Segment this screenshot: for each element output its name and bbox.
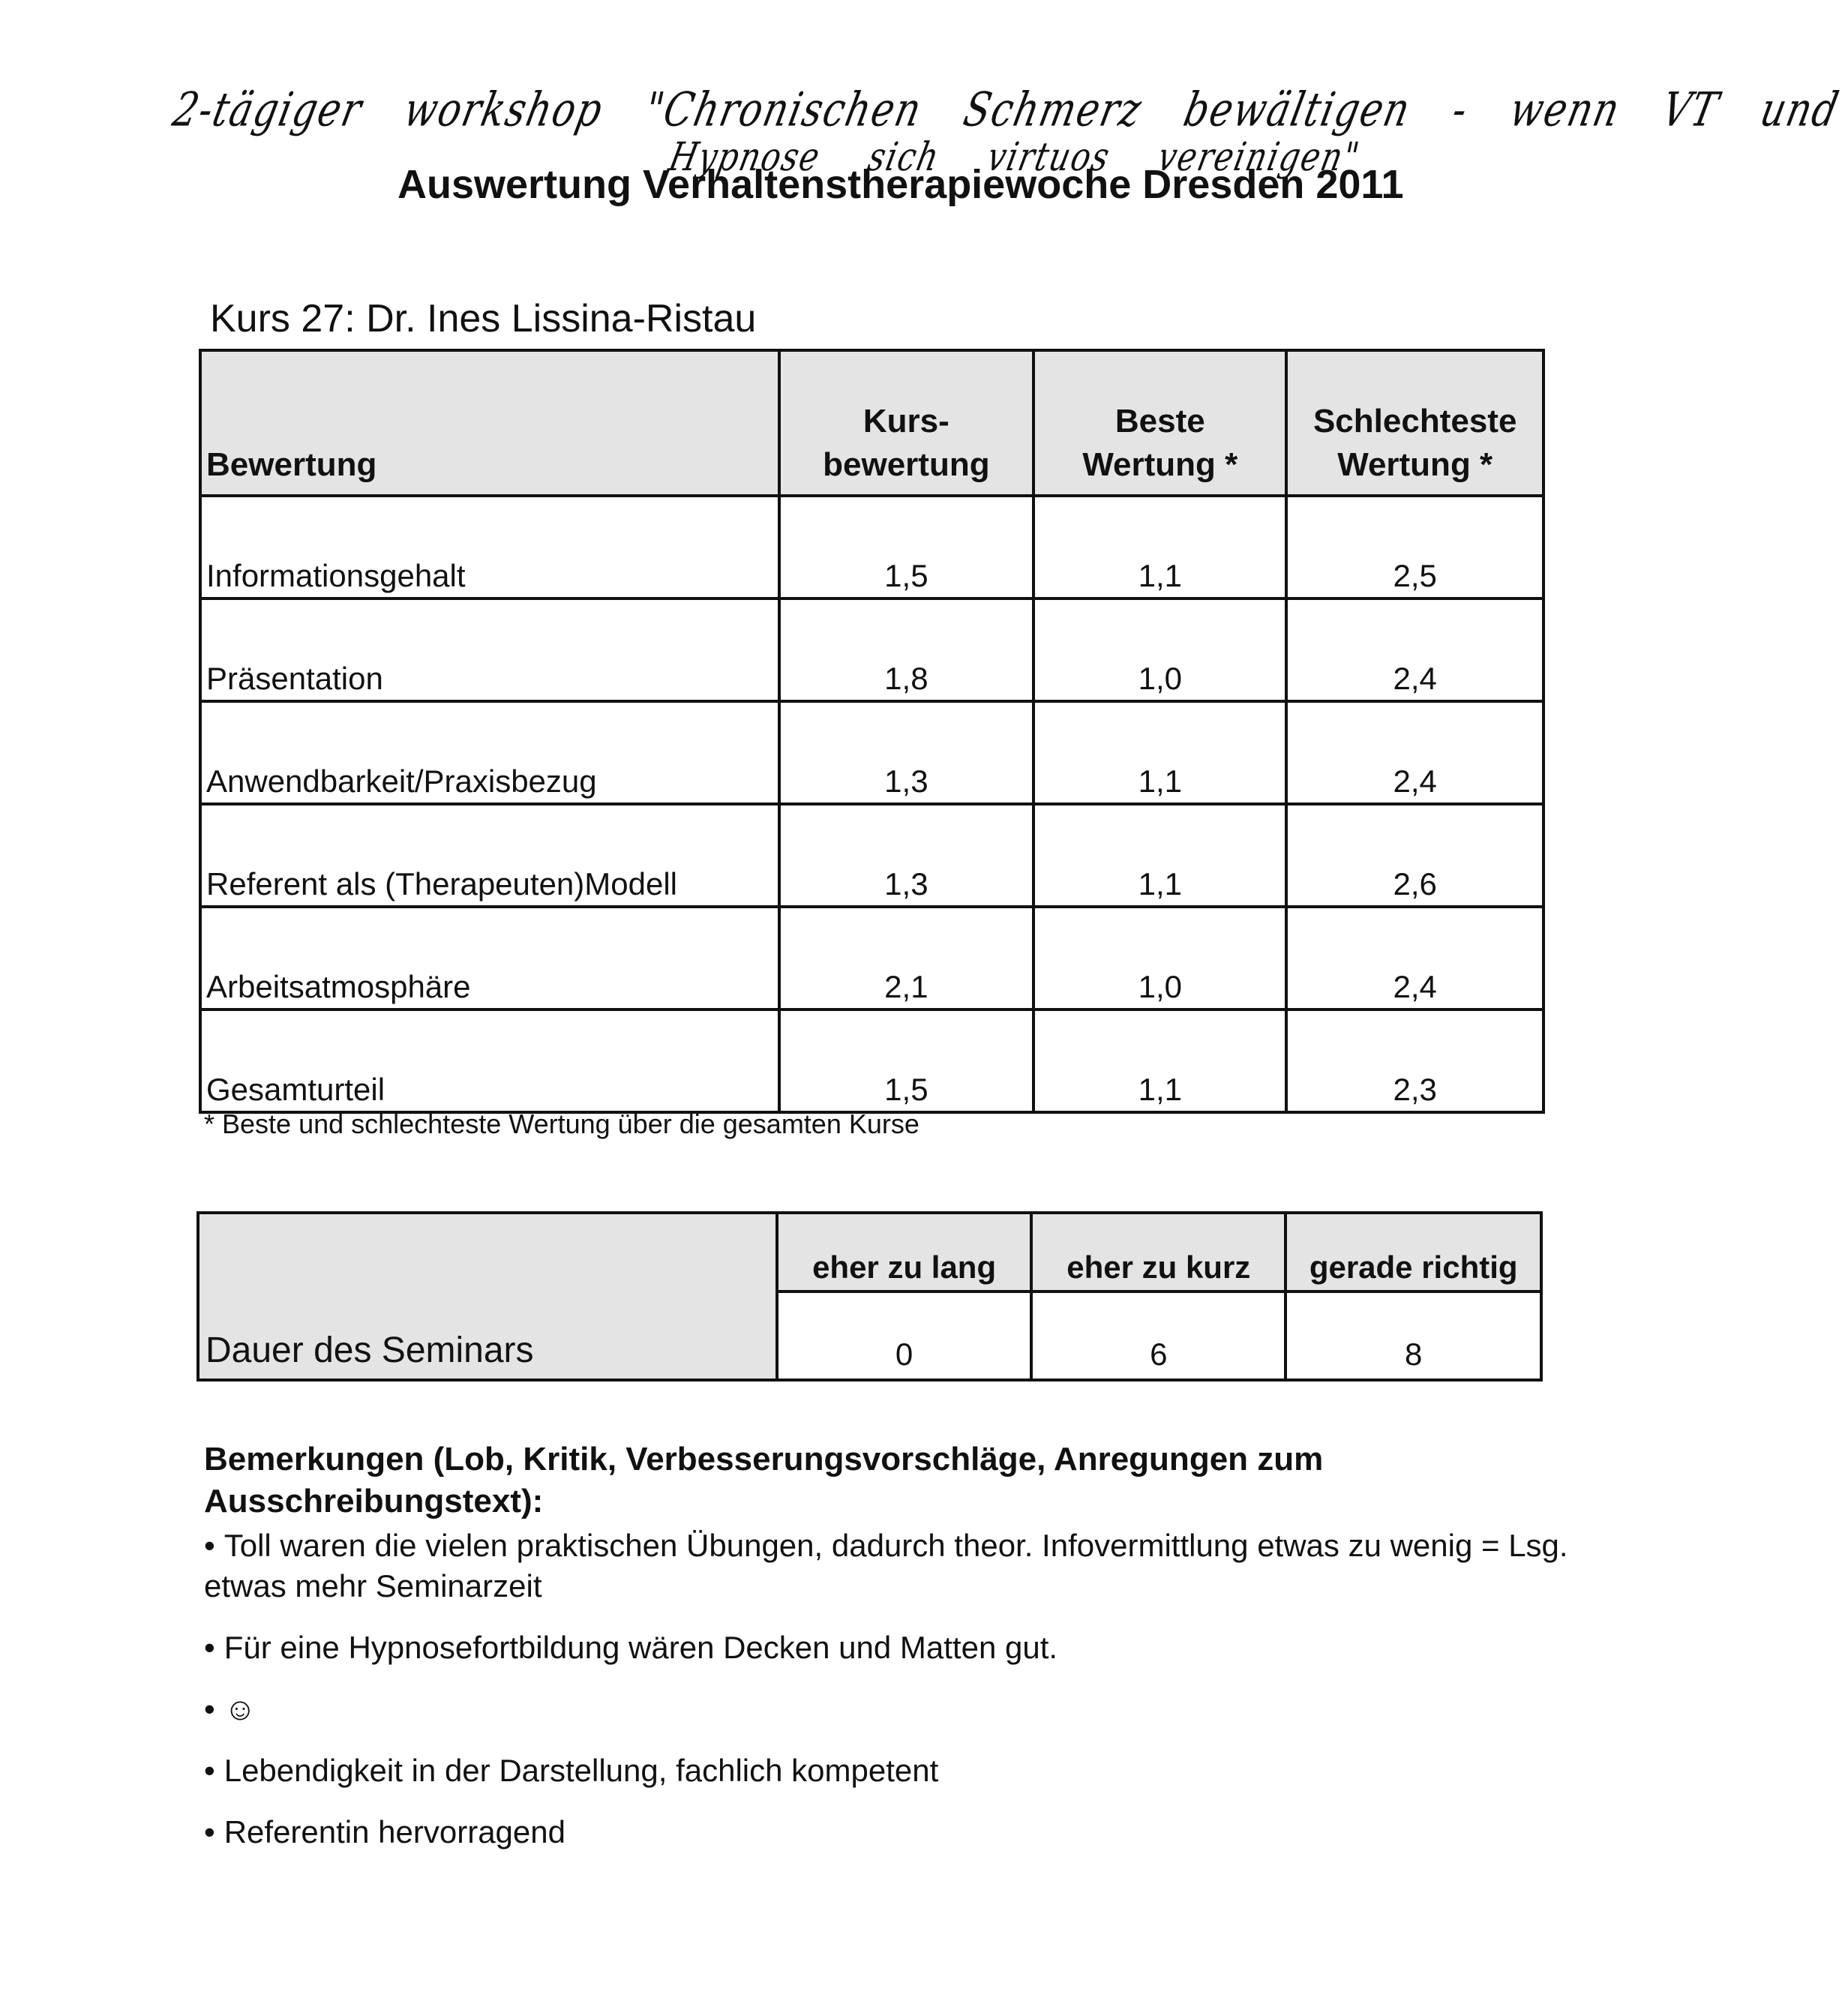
header-worst-rating: Schlechteste Wertung * — [1286, 350, 1543, 496]
handwritten-note-line-1: 2-tägiger workshop "Chronischen Schmerz … — [169, 82, 1844, 137]
duration-label: Dauer des Seminars — [198, 1213, 777, 1380]
remark-item: •Für eine Hypnosefortbildung wären Decke… — [204, 1627, 1629, 1668]
remark-text: Toll waren die vielen praktischen Übunge… — [204, 1528, 1568, 1603]
course-rating: 1,3 — [779, 804, 1034, 907]
remark-item: •☺ — [204, 1689, 1629, 1729]
header-just-right: gerade richtig — [1285, 1213, 1541, 1291]
best-rating: 1,0 — [1033, 598, 1286, 701]
duration-header-row: Dauer des Seminars eher zu lang eher zu … — [198, 1213, 1541, 1291]
best-rating: 1,1 — [1033, 701, 1286, 804]
remark-text: Für eine Hypnosefortbildung wären Decken… — [224, 1630, 1057, 1665]
worst-rating: 2,4 — [1286, 598, 1543, 701]
best-rating: 1,1 — [1033, 496, 1286, 598]
bullet-icon: • — [204, 1630, 215, 1665]
header-best-rating: Beste Wertung * — [1033, 350, 1286, 496]
document-title: Auswertung Verhaltenstherapiewoche Dresd… — [397, 161, 1403, 208]
remark-text: Lebendigkeit in der Darstellung, fachlic… — [224, 1753, 939, 1788]
row-label: Präsentation — [200, 598, 779, 701]
course-label: Kurs 27: Dr. Ines Lissina-Ristau — [210, 296, 756, 341]
remarks-heading: Bemerkungen (Lob, Kritik, Verbesserungsv… — [204, 1438, 1629, 1522]
table-row: Präsentation 1,8 1,0 2,4 — [200, 598, 1543, 701]
header-category: Bewertung — [200, 350, 779, 496]
table-row: Referent als (Therapeuten)Modell 1,3 1,1… — [200, 804, 1543, 907]
best-rating: 1,1 — [1033, 804, 1286, 907]
row-label: Referent als (Therapeuten)Modell — [200, 804, 779, 907]
course-rating: 2,1 — [779, 907, 1034, 1009]
header-course-rating: Kurs- bewertung — [779, 350, 1034, 496]
value-too-long: 0 — [777, 1291, 1031, 1380]
remark-text: Referentin hervorragend — [224, 1814, 565, 1849]
table-row: Gesamturteil 1,5 1,1 2,3 — [200, 1009, 1543, 1112]
remarks-section: Bemerkungen (Lob, Kritik, Verbesserungsv… — [204, 1438, 1629, 1873]
row-label: Arbeitsatmosphäre — [200, 907, 779, 1009]
course-rating: 1,8 — [779, 598, 1034, 701]
worst-rating: 2,3 — [1286, 1009, 1543, 1112]
header-too-short: eher zu kurz — [1031, 1213, 1285, 1291]
best-rating: 1,0 — [1033, 907, 1286, 1009]
duration-table: Dauer des Seminars eher zu lang eher zu … — [196, 1211, 1543, 1381]
rating-table-header: Bewertung Kurs- bewertung Beste Wertung … — [200, 350, 1543, 496]
course-rating: 1,3 — [779, 701, 1034, 804]
value-too-short: 6 — [1031, 1291, 1285, 1380]
bullet-icon: • — [204, 1691, 215, 1726]
course-rating: 1,5 — [779, 1009, 1034, 1112]
row-label: Gesamturteil — [200, 1009, 779, 1112]
worst-rating: 2,4 — [1286, 907, 1543, 1009]
smiley-icon: ☺ — [224, 1691, 256, 1726]
worst-rating: 2,5 — [1286, 496, 1543, 598]
bullet-icon: • — [204, 1814, 215, 1849]
remark-item: •Lebendigkeit in der Darstellung, fachli… — [204, 1750, 1629, 1791]
remark-item: •Toll waren die vielen praktischen Übung… — [204, 1525, 1629, 1606]
value-just-right: 8 — [1285, 1291, 1541, 1380]
worst-rating: 2,4 — [1286, 701, 1543, 804]
remark-item: •Referentin hervorragend — [204, 1812, 1629, 1852]
row-label: Anwendbarkeit/Praxisbezug — [200, 701, 779, 804]
rating-footnote: * Beste und schlechteste Wertung über di… — [204, 1108, 919, 1140]
best-rating: 1,1 — [1033, 1009, 1286, 1112]
bullet-icon: • — [204, 1753, 215, 1788]
table-row: Anwendbarkeit/Praxisbezug 1,3 1,1 2,4 — [200, 701, 1543, 804]
course-rating: 1,5 — [779, 496, 1034, 598]
header-too-long: eher zu lang — [777, 1213, 1031, 1291]
bullet-icon: • — [204, 1528, 215, 1563]
worst-rating: 2,6 — [1286, 804, 1543, 907]
row-label: Informationsgehalt — [200, 496, 779, 598]
table-row: Informationsgehalt 1,5 1,1 2,5 — [200, 496, 1543, 598]
table-row: Arbeitsatmosphäre 2,1 1,0 2,4 — [200, 907, 1543, 1009]
rating-table: Bewertung Kurs- bewertung Beste Wertung … — [199, 349, 1545, 1114]
